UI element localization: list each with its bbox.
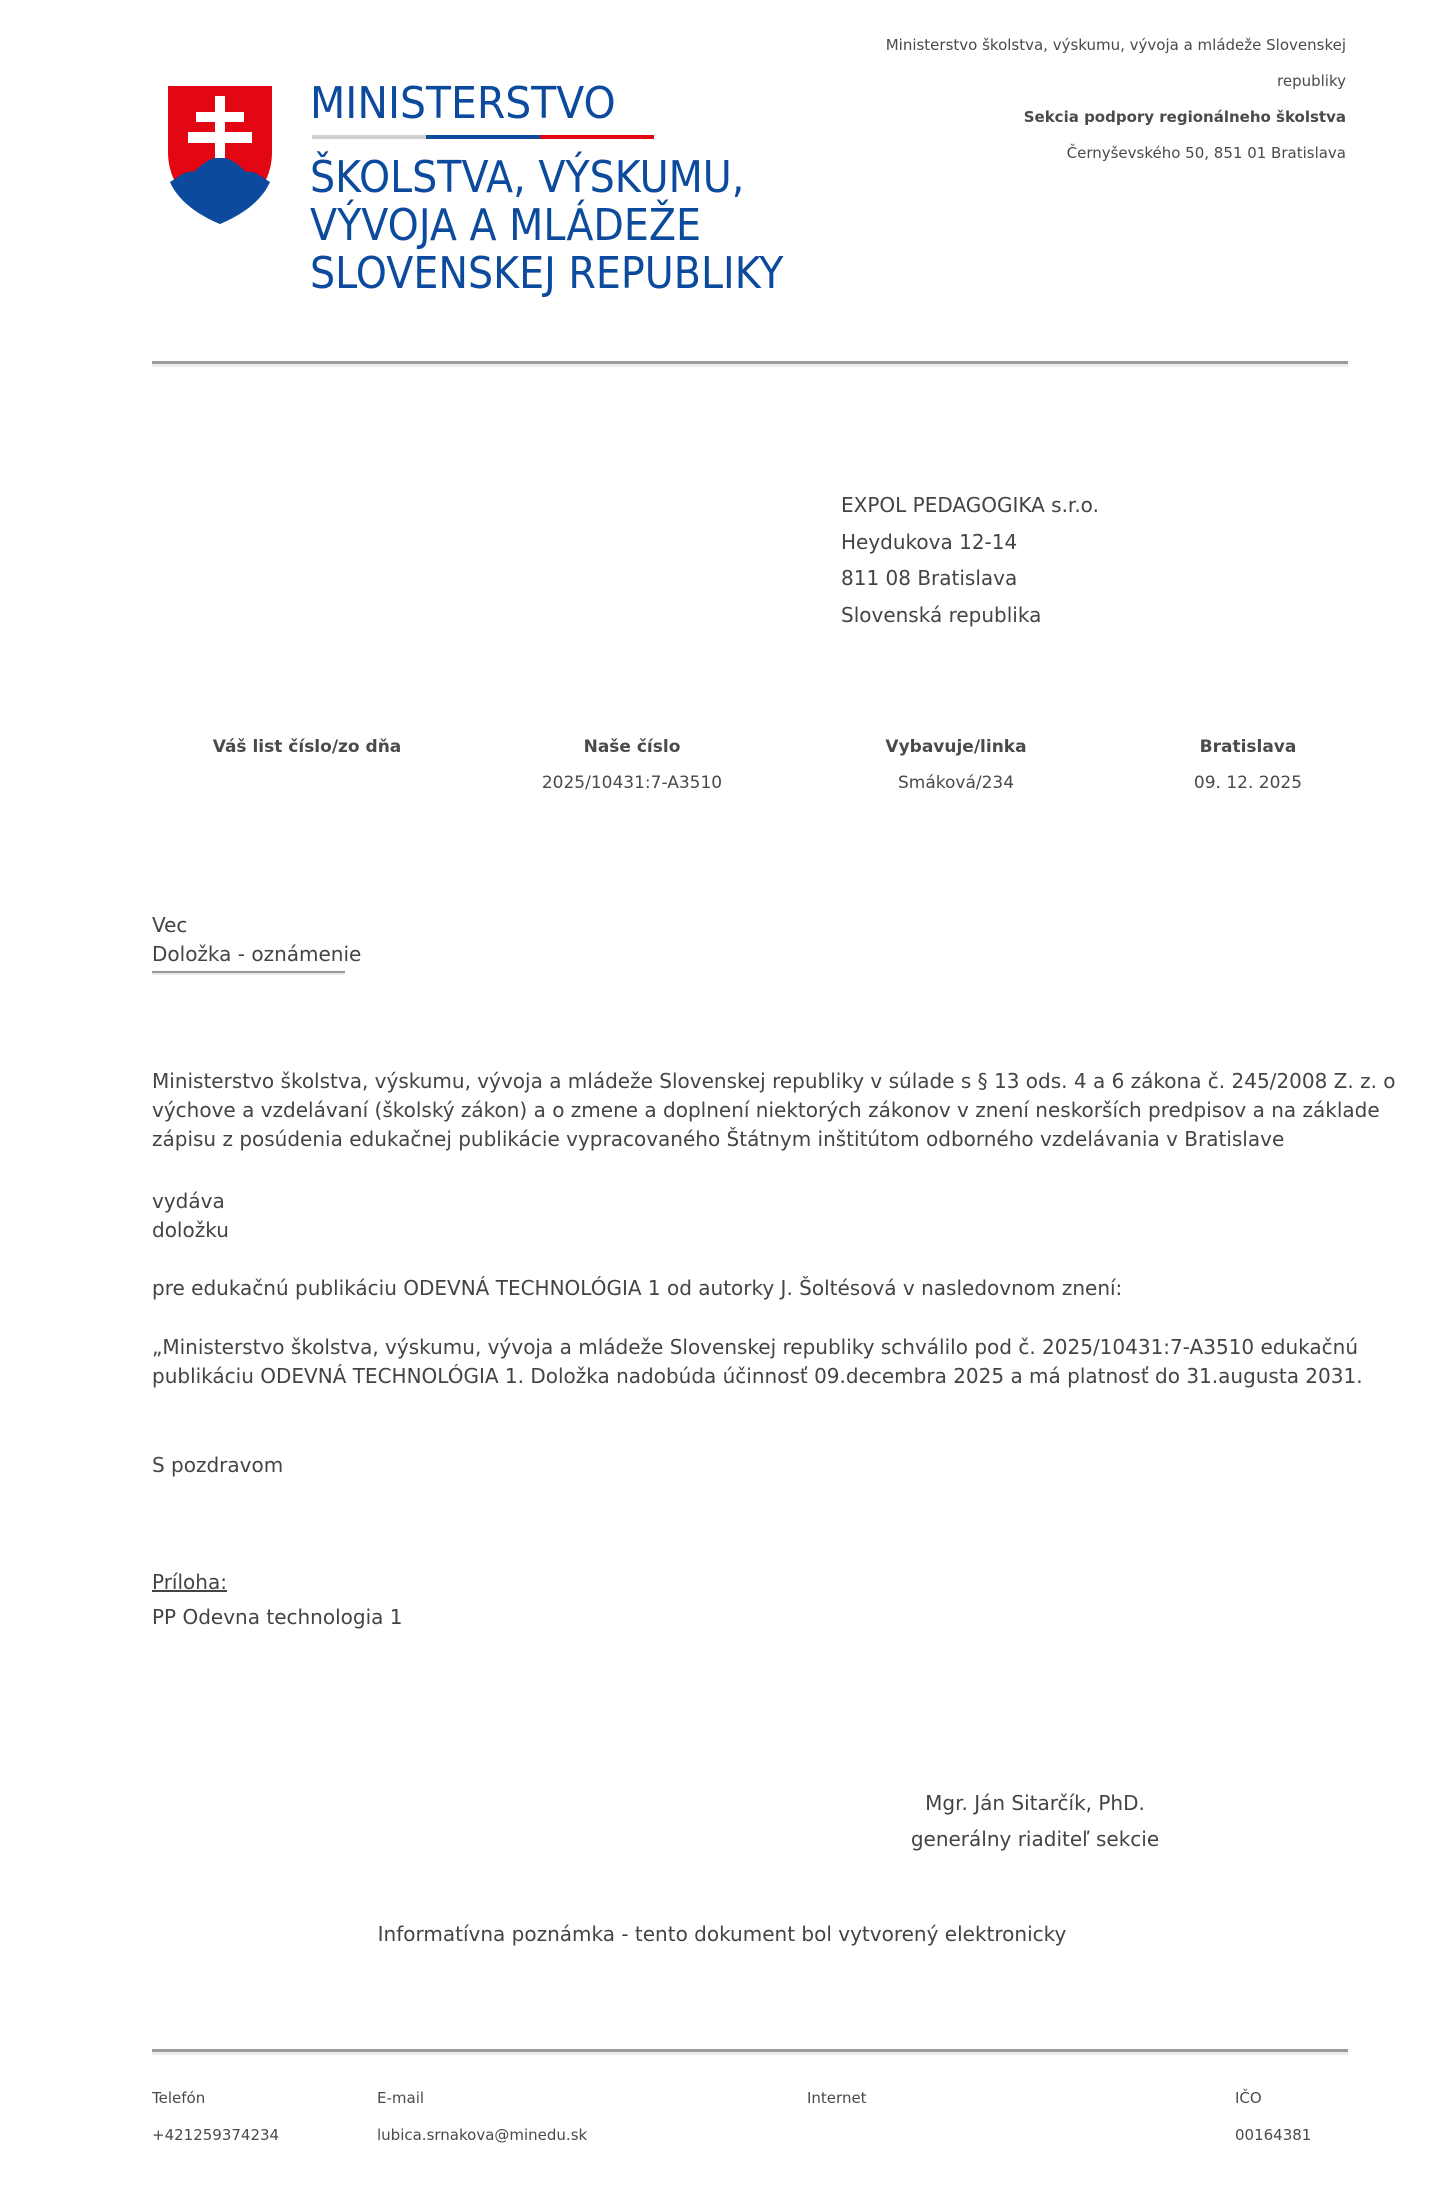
footer-ico: IČO 00164381 <box>1235 2080 1311 2154</box>
paragraph-line: publikáciu ODEVNÁ TECHNOLÓGIA 1. Doložka… <box>152 1362 1358 1391</box>
publication-text: pre edukačnú publikáciu ODEVNÁ TECHNOLÓG… <box>152 1274 1358 1303</box>
attachment-label: Príloha: <box>152 1568 1358 1597</box>
recipient-city: 811 08 Bratislava <box>841 560 1099 597</box>
reference-handled-by: Vybavuje/linka Smáková/234 <box>806 735 1106 795</box>
recipient-address: EXPOL PEDAGOGIKA s.r.o. Heydukova 12-14 … <box>841 487 1099 633</box>
footer-ico-label: IČO <box>1235 2080 1311 2117</box>
attachment-name: PP Odevna technologia 1 <box>152 1603 1358 1632</box>
reference-value: Smáková/234 <box>806 771 1106 795</box>
footer-ico-value: 00164381 <box>1235 2117 1311 2154</box>
logo-title: MINISTERSTVO <box>310 78 616 129</box>
reference-label: Bratislava <box>1098 735 1398 771</box>
reference-value: 09. 12. 2025 <box>1098 771 1398 795</box>
footer-phone: Telefón +421259374234 <box>152 2080 279 2154</box>
sender-organization-cont: republiky <box>1277 72 1346 90</box>
footer-email: E-mail lubica.srnakova@minedu.sk <box>377 2080 587 2154</box>
issues-block: vydáva doložku <box>152 1187 1358 1245</box>
sender-organization: Ministerstvo školstva, výskumu, vývoja a… <box>886 36 1346 54</box>
header-divider <box>152 361 1348 367</box>
recipient-street: Heydukova 12-14 <box>841 524 1099 561</box>
subject-underline <box>152 971 345 975</box>
logo-tricolor-stripe <box>312 135 654 139</box>
footer-phone-label: Telefón <box>152 2080 279 2117</box>
footer-phone-value: +421259374234 <box>152 2117 279 2154</box>
footer-email-value[interactable]: lubica.srnakova@minedu.sk <box>377 2117 587 2154</box>
recipient-name: EXPOL PEDAGOGIKA s.r.o. <box>841 487 1099 524</box>
closing: S pozdravom <box>152 1451 1358 1480</box>
reference-value: 2025/10431:7-A3510 <box>482 771 782 795</box>
reference-label: Vybavuje/linka <box>806 735 1106 771</box>
reference-label: Váš list číslo/zo dňa <box>157 735 457 771</box>
logo-subtitle-line: ŠKOLSTVA, VÝSKUMU, <box>310 152 744 203</box>
footer-email-label: E-mail <box>377 2080 587 2117</box>
signatory-name: Mgr. Ján Sitarčík, PhD. <box>880 1785 1190 1821</box>
attachment-block: Príloha: PP Odevna technologia 1 <box>152 1568 1358 1632</box>
paragraph-line: zápisu z posúdenia edukačnej publikácie … <box>152 1125 1358 1154</box>
info-note: Informatívna poznámka - tento dokument b… <box>0 1922 1444 1946</box>
footer-internet: Internet <box>807 2080 867 2117</box>
reference-label: Naše číslo <box>482 735 782 771</box>
closing-text: S pozdravom <box>152 1451 1358 1480</box>
quote-paragraph: „Ministerstvo školstva, výskumu, vývoja … <box>152 1333 1358 1391</box>
logo-subtitle-line: VÝVOJA A MLÁDEŽE <box>310 200 701 251</box>
publication-line: pre edukačnú publikáciu ODEVNÁ TECHNOLÓG… <box>152 1274 1358 1303</box>
reference-place-date: Bratislava 09. 12. 2025 <box>1098 735 1398 795</box>
issues-text: vydáva <box>152 1187 1358 1216</box>
reference-our-number: Naše číslo 2025/10431:7-A3510 <box>482 735 782 795</box>
paragraph-line: Ministerstvo školstva, výskumu, vývoja a… <box>152 1067 1358 1096</box>
sender-section: Sekcia podpory regionálneho školstva <box>1024 108 1346 126</box>
reference-your-letter: Váš list číslo/zo dňa <box>157 735 457 771</box>
paragraph-line: „Ministerstvo školstva, výskumu, vývoja … <box>152 1333 1358 1362</box>
subject-block: Vec Doložka - oznámenie <box>152 911 361 969</box>
footer-internet-label: Internet <box>807 2080 867 2117</box>
coat-of-arms-icon <box>166 86 274 224</box>
subject-title: Doložka - oznámenie <box>152 940 361 969</box>
signature-block: Mgr. Ján Sitarčík, PhD. generálny riadit… <box>880 1785 1190 1857</box>
signatory-role: generálny riaditeľ sekcie <box>880 1821 1190 1857</box>
sender-address: Černyševského 50, 851 01 Bratislava <box>1067 144 1346 162</box>
recipient-country: Slovenská republika <box>841 597 1099 634</box>
footer-divider <box>152 2049 1348 2055</box>
paragraph-line: výchove a vzdelávaní (školský zákon) a o… <box>152 1096 1358 1125</box>
clause-text: doložku <box>152 1216 1358 1245</box>
intro-paragraph: Ministerstvo školstva, výskumu, vývoja a… <box>152 1067 1358 1154</box>
logo-subtitle-line: SLOVENSKEJ REPUBLIKY <box>310 248 783 299</box>
subject-label: Vec <box>152 911 361 940</box>
